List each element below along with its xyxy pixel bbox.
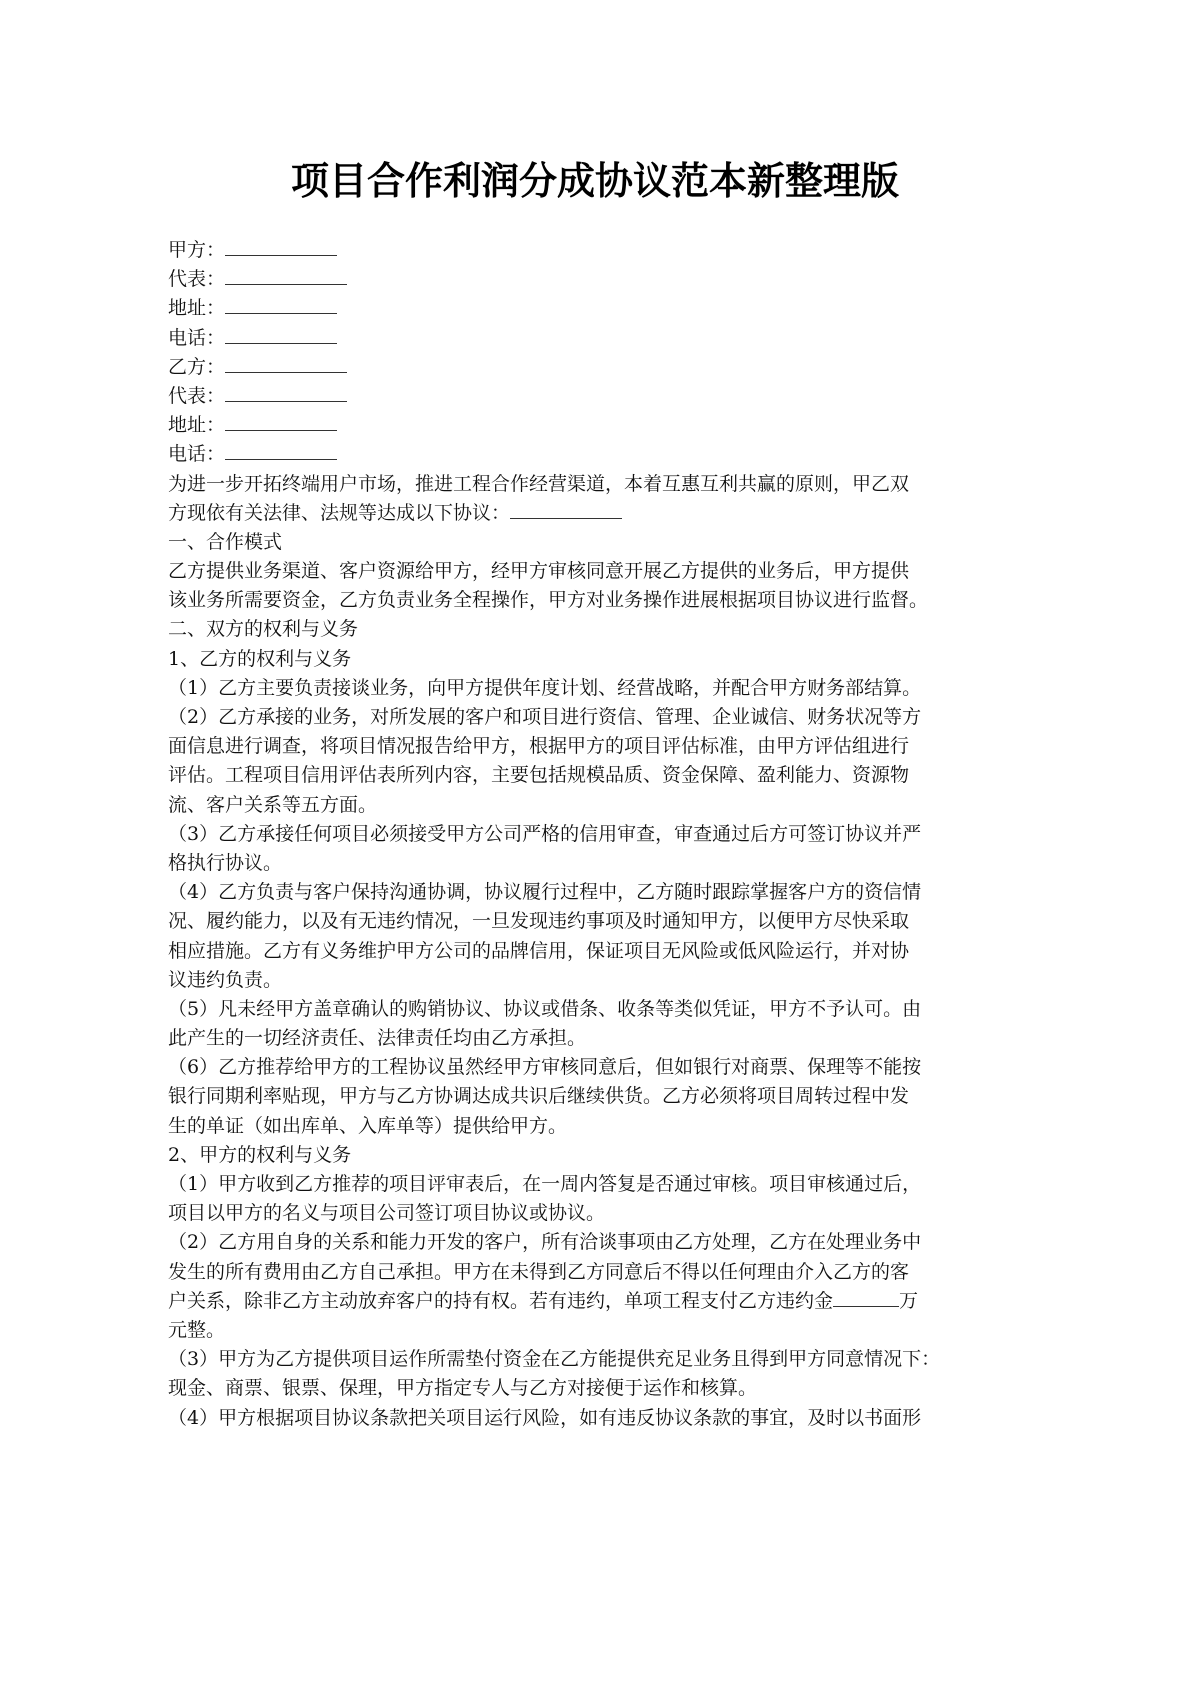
- paragraph-line: 银行同期利率贴现，甲方与乙方协调达成共识后继续供货。乙方必须将项目周转过程中发: [168, 1082, 1030, 1111]
- paragraph-line: 况、履约能力，以及有无违约情况，一旦发现违约事项及时通知甲方，以便甲方尽快采取: [168, 907, 1030, 936]
- field-label: 电话：: [168, 443, 225, 465]
- field-label: 代表：: [168, 385, 225, 407]
- party-a-address-field: 地址：: [168, 294, 1030, 323]
- paragraph-line: （3）乙方承接任何项目必须接受甲方公司严格的信用审查，审查通过后方可签订协议并严: [168, 820, 1030, 849]
- section-heading-cooperation-mode: 一、合作模式: [168, 528, 1030, 557]
- blank-line: [225, 325, 337, 344]
- party-b-representative-field: 代表：: [168, 382, 1030, 411]
- paragraph-line: （6）乙方推荐给甲方的工程协议虽然经甲方审核同意后，但如银行对商票、保理等不能按: [168, 1053, 1030, 1082]
- paragraph-line: （5）凡未经甲方盖章确认的购销协议、协议或借条、收条等类似凭证，甲方不予认可。由: [168, 995, 1030, 1024]
- paragraph-line: （3）甲方为乙方提供项目运作所需垫付资金在乙方能提供充足业务且得到甲方同意情况下…: [168, 1345, 1030, 1374]
- paragraph-line: （1）甲方收到乙方推荐的项目评审表后，在一周内答复是否通过审核。项目审核通过后，: [168, 1170, 1030, 1199]
- blank-line: [510, 500, 622, 519]
- paragraph-line: （2）乙方承接的业务，对所发展的客户和项目进行资信、管理、企业诚信、财务状况等方: [168, 703, 1030, 732]
- blank-line: [225, 354, 347, 373]
- paragraph-line: （2）乙方用自身的关系和能力开发的客户，所有洽谈事项由乙方处理，乙方在处理业务中: [168, 1228, 1030, 1257]
- party-b-field: 乙方：: [168, 353, 1030, 382]
- blank-line: [225, 412, 337, 431]
- paragraph-line: 相应措施。乙方有义务维护甲方公司的品牌信用，保证项目无风险或低风险运行，并对协: [168, 937, 1030, 966]
- paragraph-line: 项目以甲方的名义与项目公司签订项目协议或协议。: [168, 1199, 1030, 1228]
- paragraph-line: （1）乙方主要负责接谈业务，向甲方提供年度计划、经营战略，并配合甲方财务部结算。: [168, 674, 1030, 703]
- paragraph-line: 乙方提供业务渠道、客户资源给甲方，经甲方审核同意开展乙方提供的业务后，甲方提供: [168, 557, 1030, 586]
- paragraph-line: （4）乙方负责与客户保持沟通协调，协议履行过程中，乙方随时跟踪掌握客户方的资信情: [168, 878, 1030, 907]
- section-heading-rights-obligations: 二、双方的权利与义务: [168, 615, 1030, 644]
- paragraph-line: 发生的所有费用由乙方自己承担。甲方在未得到乙方同意后不得以任何理由介入乙方的客: [168, 1258, 1030, 1287]
- paragraph-line: 该业务所需要资金，乙方负责业务全程操作，甲方对业务操作进展根据项目协议进行监督。: [168, 586, 1030, 615]
- party-a-field: 甲方：: [168, 236, 1030, 265]
- field-label: 甲方：: [168, 239, 225, 261]
- document-body: 甲方： 代表： 地址： 电话： 乙方： 代表： 地址： 电话： 为进一步开拓终端…: [168, 236, 1030, 1433]
- paragraph-line: 现金、商票、银票、保理，甲方指定专人与乙方对接便于运作和核算。: [168, 1374, 1030, 1403]
- field-label: 地址：: [168, 297, 225, 319]
- paragraph-line: 元整。: [168, 1316, 1030, 1345]
- unit-text: 万: [899, 1290, 918, 1312]
- paragraph-line: 议违约负责。: [168, 966, 1030, 995]
- party-a-representative-field: 代表：: [168, 265, 1030, 294]
- blank-line: [225, 237, 337, 256]
- document-page: 项目合作利润分成协议范本新整理版 甲方： 代表： 地址： 电话： 乙方： 代表：…: [0, 0, 1190, 1683]
- paragraph-line: （4）甲方根据项目协议条款把关项目运行风险，如有违反协议条款的事宜，及时以书面形: [168, 1404, 1030, 1433]
- field-label: 电话：: [168, 327, 225, 349]
- text: 方现依有关法律、法规等达成以下协议：: [168, 502, 510, 524]
- paragraph-line: 户关系，除非乙方主动放弃客户的持有权。若有违约，单项工程支付乙方违约金万: [168, 1287, 1030, 1316]
- paragraph-line: 此产生的一切经济责任、法律责任均由乙方承担。: [168, 1024, 1030, 1053]
- field-label: 代表：: [168, 268, 225, 290]
- penalty-amount-blank: [833, 1288, 899, 1307]
- blank-line: [225, 295, 337, 314]
- party-a-phone-field: 电话：: [168, 324, 1030, 353]
- subsection-heading-party-a: 2、甲方的权利与义务: [168, 1141, 1030, 1170]
- party-b-address-field: 地址：: [168, 411, 1030, 440]
- field-label: 乙方：: [168, 356, 225, 378]
- blank-line: [225, 266, 347, 285]
- field-label: 地址：: [168, 414, 225, 436]
- paragraph-line: 为进一步开拓终端用户市场，推进工程合作经营渠道，本着互惠互利共赢的原则，甲乙双: [168, 470, 1030, 499]
- paragraph-line: 生的单证（如出库单、入库单等）提供给甲方。: [168, 1112, 1030, 1141]
- paragraph-line: 评估。工程项目信用评估表所列内容，主要包括规模品质、资金保障、盈利能力、资源物: [168, 761, 1030, 790]
- blank-line: [225, 441, 337, 460]
- party-b-phone-field: 电话：: [168, 440, 1030, 469]
- document-title: 项目合作利润分成协议范本新整理版: [0, 156, 1190, 206]
- subsection-heading-party-b: 1、乙方的权利与义务: [168, 645, 1030, 674]
- paragraph-line: 格执行协议。: [168, 849, 1030, 878]
- paragraph-line: 流、客户关系等五方面。: [168, 791, 1030, 820]
- text: 户关系，除非乙方主动放弃客户的持有权。若有违约，单项工程支付乙方违约金: [168, 1290, 833, 1312]
- paragraph-line: 方现依有关法律、法规等达成以下协议：: [168, 499, 1030, 528]
- paragraph-line: 面信息进行调查，将项目情况报告给甲方，根据甲方的项目评估标准，由甲方评估组进行: [168, 732, 1030, 761]
- blank-line: [225, 383, 347, 402]
